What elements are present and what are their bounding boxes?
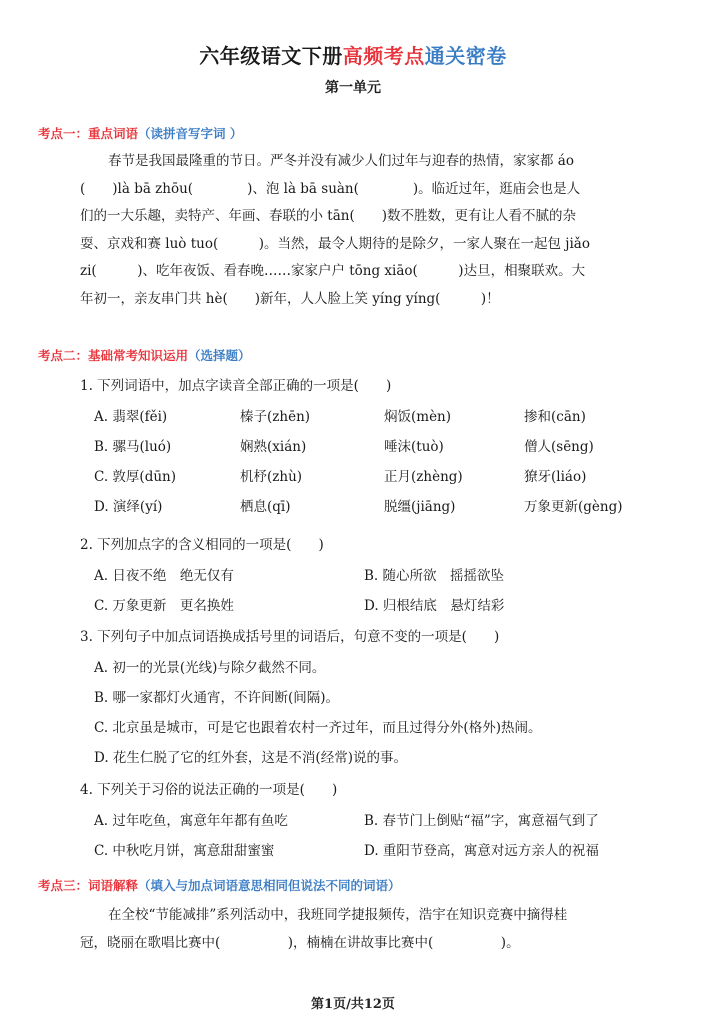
section-heading-3: 考点三：词语解释（填入与加点词语意思相同但说法不同的词语） xyxy=(38,876,401,894)
q2-option: C. 万象更新 更名换姓 xyxy=(94,594,234,614)
section-note: （选择题） xyxy=(188,348,251,363)
q1-option: 獠牙(liáo) xyxy=(524,465,586,485)
document-title: 六年级语文下册高频考点通关密卷 xyxy=(0,40,706,69)
question-2-stem: 2. 下列加点字的含义相同的一项是( ) xyxy=(80,533,324,553)
section-heading-2: 考点二：基础常考知识运用（选择题） xyxy=(38,346,251,364)
unit-subtitle: 第一单元 xyxy=(0,77,706,97)
q1-option: 掺和(cān) xyxy=(524,405,586,425)
passage-line: 冠，晓丽在歌唱比赛中( )，楠楠在讲故事比赛中( )。 xyxy=(80,930,660,958)
page-number: 第1页/共12页 xyxy=(0,993,706,1012)
q3-option: D. 花生仁脱了它的红外套，这是不消(经常)说的事。 xyxy=(94,746,407,766)
q1-option: 焖饭(mèn) xyxy=(384,405,451,425)
title-part-red: 高频考点 xyxy=(343,44,425,68)
question-4-stem: 4. 下列关于习俗的说法正确的一项是( ) xyxy=(80,778,337,798)
passage-line: 年初一，亲友串门共 hè( )新年，人人脸上笑 yíng yíng( )！ xyxy=(80,286,660,314)
q1-option: 机杼(zhù) xyxy=(240,465,302,485)
passage-1: 春节是我国最隆重的节日。严冬并没有减少人们过年与迎春的热情，家家都 áo ( )… xyxy=(80,148,660,313)
q3-option: B. 哪一家都灯火通宵，不许间断(间隔)。 xyxy=(94,686,339,706)
q1-option: 万象更新(gèng) xyxy=(524,495,623,515)
passage-line: 在全校“节能减排”系列活动中，我班同学捷报频传，浩宇在知识竞赛中摘得桂 xyxy=(80,902,660,930)
title-part-black: 六年级语文下册 xyxy=(199,44,343,68)
q1-option: B. 骡马(luó) xyxy=(94,435,171,455)
passage-line: 春节是我国最隆重的节日。严冬并没有减少人们过年与迎春的热情，家家都 áo xyxy=(80,148,660,176)
passage-line: 们的一大乐趣，卖特产、年画、春联的小 tān( )数不胜数，更有让人看不腻的杂 xyxy=(80,203,660,231)
q1-option: A. 翡翠(fěi) xyxy=(94,405,167,425)
section-label: 考点一：重点词语 xyxy=(38,126,138,141)
section-heading-1: 考点一：重点词语（读拼音写字词 ） xyxy=(38,124,242,142)
q4-option: D. 重阳节登高，寓意对远方亲人的祝福 xyxy=(364,839,599,859)
passage-line: 耍、京戏和赛 luò tuo( )。当然，最令人期待的是除夕，一家人聚在一起包 … xyxy=(80,231,660,259)
q1-option: 唾沫(tuò) xyxy=(384,435,444,455)
q4-option: A. 过年吃鱼，寓意年年都有鱼吃 xyxy=(94,809,288,829)
question-3-stem: 3. 下列句子中加点词语换成括号里的词语后，句意不变的一项是( ) xyxy=(80,625,499,645)
q1-option: 正月(zhèng) xyxy=(384,465,463,485)
q2-option: A. 日夜不绝 绝无仅有 xyxy=(94,564,234,584)
passage-3: 在全校“节能减排”系列活动中，我班同学捷报频传，浩宇在知识竞赛中摘得桂 冠，晓丽… xyxy=(80,902,660,957)
section-label: 考点二：基础常考知识运用 xyxy=(38,348,188,363)
q3-option: A. 初一的光景(光线)与除夕截然不同。 xyxy=(94,656,325,676)
q2-option: D. 归根结底 悬灯结彩 xyxy=(364,594,504,614)
q2-option: B. 随心所欲 摇摇欲坠 xyxy=(364,564,504,584)
title-part-blue: 通关密卷 xyxy=(425,44,507,68)
q1-option: 僧人(sēng) xyxy=(524,435,594,455)
q1-option: 榛子(zhēn) xyxy=(240,405,310,425)
q4-option: B. 春节门上倒贴“福”字，寓意福气到了 xyxy=(364,809,599,829)
q1-option: 娴熟(xián) xyxy=(240,435,306,455)
q1-option: 脱缰(jiāng) xyxy=(384,495,455,515)
passage-line: ( )là bā zhōu( )、泡 là bā suàn( )。临近过年，逛庙… xyxy=(80,176,660,204)
q1-option: 栖息(qī) xyxy=(240,495,291,515)
passage-line: zi( )、吃年夜饭、看春晚……家家户户 tōng xiāo( )达旦，相聚联欢… xyxy=(80,258,660,286)
question-1-stem: 1. 下列词语中，加点字读音全部正确的一项是( ) xyxy=(80,374,391,394)
q1-option: D. 演绎(yí) xyxy=(94,495,162,515)
section-note: （读拼音写字词 ） xyxy=(138,126,242,141)
section-label: 考点三：词语解释 xyxy=(38,878,138,893)
q1-option: C. 敦厚(dūn) xyxy=(94,465,176,485)
section-note: （填入与加点词语意思相同但说法不同的词语） xyxy=(138,878,401,893)
q4-option: C. 中秋吃月饼，寓意甜甜蜜蜜 xyxy=(94,839,274,859)
q3-option: C. 北京虽是城市，可是它也跟着农村一齐过年，而且过得分外(格外)热闹。 xyxy=(94,716,541,736)
